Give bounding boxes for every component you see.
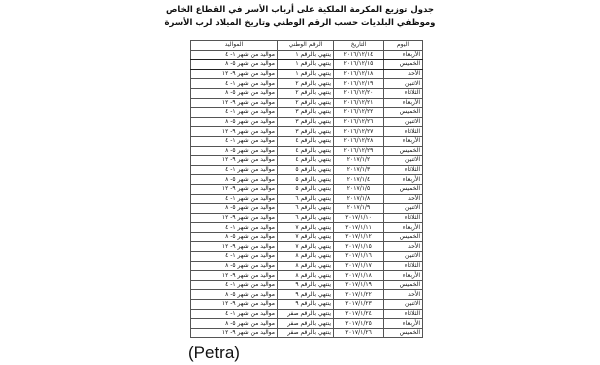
source-credit: (Petra): [188, 343, 240, 363]
births-cell: مواليد من شهر ٩- ١٢: [191, 69, 278, 79]
births-cell: مواليد من شهر ٩- ١٢: [191, 242, 278, 252]
date-cell: ٢٠١٧/١/٤: [334, 175, 384, 185]
title-line-2: وموظفي البلديات حسب الرقم الوطني وتاريخ …: [0, 17, 600, 30]
day-cell: الثلاثاء: [384, 309, 423, 319]
date-cell: ٢٠١٧/١/١٢: [334, 232, 384, 242]
births-cell: مواليد من شهر ١- ٤: [191, 136, 278, 146]
date-cell: ٢٠١٦/١٢/٢٢: [334, 108, 384, 118]
births-cell: مواليد من شهر ١- ٤: [191, 165, 278, 175]
national-number-cell: ينتهي بالرقم ٤: [278, 146, 334, 156]
date-cell: ٢٠١٧/١/١٦: [334, 252, 384, 262]
births-cell: مواليد من شهر ٥- ٨: [191, 319, 278, 329]
date-cell: ٢٠١٧/١/٢٣: [334, 300, 384, 310]
table-row: الاثنين٢٠١٦/١٢/١٩ينتهي بالرقم ٢مواليد من…: [191, 79, 423, 89]
day-cell: الأحد: [384, 242, 423, 252]
day-cell: الاثنين: [384, 117, 423, 127]
births-cell: مواليد من شهر ١- ٤: [191, 223, 278, 233]
national-number-cell: ينتهي بالرقم ٢: [278, 98, 334, 108]
day-cell: الأحد: [384, 69, 423, 79]
table-row: الأربعاء٢٠١٦/١٢/١٤ينتهي بالرقم ١مواليد م…: [191, 50, 423, 60]
date-cell: ٢٠١٧/١/٢٥: [334, 319, 384, 329]
table-row: الثلاثاء٢٠١٧/١/١٠ينتهي بالرقم ٦مواليد من…: [191, 213, 423, 223]
table-row: الأحد٢٠١٧/١/١٥ينتهي بالرقم ٧مواليد من شه…: [191, 242, 423, 252]
national-number-cell: ينتهي بالرقم ٤: [278, 136, 334, 146]
table-row: الثلاثاء٢٠١٧/١/٢٤ينتهي بالرقم صفرمواليد …: [191, 309, 423, 319]
distribution-schedule-table: اليوم التاريخ الرقم الوطني المواليد الأر…: [190, 40, 423, 338]
date-cell: ٢٠١٦/١٢/٢٧: [334, 127, 384, 137]
national-number-cell: ينتهي بالرقم ٢: [278, 88, 334, 98]
births-cell: مواليد من شهر ٩- ١٢: [191, 184, 278, 194]
day-cell: الخميس: [384, 146, 423, 156]
day-cell: الأربعاء: [384, 98, 423, 108]
table-row: الاثنين٢٠١٧/١/٢٣ينتهي بالرقم ٩مواليد من …: [191, 300, 423, 310]
day-cell: الثلاثاء: [384, 213, 423, 223]
national-number-cell: ينتهي بالرقم ٣: [278, 108, 334, 118]
date-cell: ٢٠١٧/١/٣: [334, 165, 384, 175]
births-cell: مواليد من شهر ٩- ١٢: [191, 300, 278, 310]
births-cell: مواليد من شهر ١- ٤: [191, 309, 278, 319]
day-cell: الخميس: [384, 232, 423, 242]
day-cell: الأحد: [384, 194, 423, 204]
table-row: الأحد٢٠١٧/١/٢٢ينتهي بالرقم ٩مواليد من شه…: [191, 290, 423, 300]
births-cell: مواليد من شهر ١- ٤: [191, 252, 278, 262]
date-cell: ٢٠١٧/١/١٧: [334, 261, 384, 271]
births-cell: مواليد من شهر ٩- ١٢: [191, 156, 278, 166]
day-cell: الاثنين: [384, 204, 423, 214]
births-cell: مواليد من شهر ٥- ٨: [191, 261, 278, 271]
date-cell: ٢٠١٧/١/٩: [334, 204, 384, 214]
day-cell: الثلاثاء: [384, 261, 423, 271]
births-cell: مواليد من شهر ١- ٤: [191, 280, 278, 290]
births-cell: مواليد من شهر ٥- ٨: [191, 117, 278, 127]
table-row: الخميس٢٠١٦/١٢/٢٢ينتهي بالرقم ٣مواليد من …: [191, 108, 423, 118]
day-cell: الخميس: [384, 108, 423, 118]
births-cell: مواليد من شهر ١- ٤: [191, 50, 278, 60]
national-number-cell: ينتهي بالرقم ٤: [278, 156, 334, 166]
births-cell: مواليد من شهر ٥- ٨: [191, 175, 278, 185]
national-number-cell: ينتهي بالرقم ٦: [278, 204, 334, 214]
day-cell: الخميس: [384, 280, 423, 290]
national-number-cell: ينتهي بالرقم ٥: [278, 165, 334, 175]
national-number-cell: ينتهي بالرقم ٩: [278, 290, 334, 300]
table-row: الأحد٢٠١٧/١/٨ينتهي بالرقم ٦مواليد من شهر…: [191, 194, 423, 204]
births-cell: مواليد من شهر ١- ٤: [191, 194, 278, 204]
national-number-cell: ينتهي بالرقم ١: [278, 50, 334, 60]
table-row: الأربعاء٢٠١٧/١/١٨ينتهي بالرقم ٨مواليد من…: [191, 271, 423, 281]
births-cell: مواليد من شهر ٩- ١٢: [191, 127, 278, 137]
day-cell: الاثنين: [384, 79, 423, 89]
date-cell: ٢٠١٧/١/١٠: [334, 213, 384, 223]
births-cell: مواليد من شهر ٩- ١٢: [191, 271, 278, 281]
day-cell: الأربعاء: [384, 175, 423, 185]
day-cell: الثلاثاء: [384, 127, 423, 137]
table-row: الأربعاء٢٠١٧/١/٤ينتهي بالرقم ٥مواليد من …: [191, 175, 423, 185]
day-cell: الأربعاء: [384, 50, 423, 60]
date-cell: ٢٠١٧/١/٢٢: [334, 290, 384, 300]
national-number-cell: ينتهي بالرقم ٥: [278, 175, 334, 185]
table-row: الثلاثاء٢٠١٦/١٢/٢٠ينتهي بالرقم ٢مواليد م…: [191, 88, 423, 98]
table-body: الأربعاء٢٠١٦/١٢/١٤ينتهي بالرقم ١مواليد م…: [191, 50, 423, 338]
date-cell: ٢٠١٦/١٢/٢٦: [334, 117, 384, 127]
header-national-number: الرقم الوطني: [278, 41, 334, 51]
day-cell: الثلاثاء: [384, 88, 423, 98]
national-number-cell: ينتهي بالرقم صفر: [278, 328, 334, 338]
table-row: الأربعاء٢٠١٧/١/١١ينتهي بالرقم ٧مواليد من…: [191, 223, 423, 233]
day-cell: الخميس: [384, 60, 423, 70]
table-row: الاثنين٢٠١٦/١٢/٢٦ينتهي بالرقم ٣مواليد من…: [191, 117, 423, 127]
day-cell: الاثنين: [384, 252, 423, 262]
national-number-cell: ينتهي بالرقم ٣: [278, 127, 334, 137]
national-number-cell: ينتهي بالرقم ١: [278, 69, 334, 79]
header-day: اليوم: [384, 41, 423, 51]
national-number-cell: ينتهي بالرقم ٩: [278, 300, 334, 310]
births-cell: مواليد من شهر ٥- ٨: [191, 88, 278, 98]
table-row: الخميس٢٠١٧/١/١٩ينتهي بالرقم ٩مواليد من ش…: [191, 280, 423, 290]
date-cell: ٢٠١٦/١٢/١٩: [334, 79, 384, 89]
table-row: الثلاثاء٢٠١٧/١/٣ينتهي بالرقم ٥مواليد من …: [191, 165, 423, 175]
table-row: الخميس٢٠١٦/١٢/٢٩ينتهي بالرقم ٤مواليد من …: [191, 146, 423, 156]
day-cell: الاثنين: [384, 156, 423, 166]
date-cell: ٢٠١٧/١/٢٤: [334, 309, 384, 319]
table-row: الخميس٢٠١٧/١/٢٦ينتهي بالرقم صفرمواليد من…: [191, 328, 423, 338]
title-line-1: جدول توزيع المكرمة الملكية على أرباب الأ…: [0, 4, 600, 17]
national-number-cell: ينتهي بالرقم ٨: [278, 252, 334, 262]
date-cell: ٢٠١٦/١٢/٢٠: [334, 88, 384, 98]
date-cell: ٢٠١٧/١/١٥: [334, 242, 384, 252]
table-row: الاثنين٢٠١٧/١/٩ينتهي بالرقم ٦مواليد من ش…: [191, 204, 423, 214]
day-cell: الأربعاء: [384, 319, 423, 329]
header-births: المواليد: [191, 41, 278, 51]
national-number-cell: ينتهي بالرقم ٧: [278, 232, 334, 242]
date-cell: ٢٠١٧/١/٨: [334, 194, 384, 204]
national-number-cell: ينتهي بالرقم صفر: [278, 309, 334, 319]
date-cell: ٢٠١٦/١٢/١٥: [334, 60, 384, 70]
national-number-cell: ينتهي بالرقم ١: [278, 60, 334, 70]
document-title: جدول توزيع المكرمة الملكية على أرباب الأ…: [0, 4, 600, 30]
table-header-row: اليوم التاريخ الرقم الوطني المواليد: [191, 41, 423, 51]
table-row: الأربعاء٢٠١٦/١٢/٢١ينتهي بالرقم ٢مواليد م…: [191, 98, 423, 108]
date-cell: ٢٠١٦/١٢/٢٩: [334, 146, 384, 156]
table-row: الثلاثاء٢٠١٦/١٢/٢٧ينتهي بالرقم ٣مواليد م…: [191, 127, 423, 137]
national-number-cell: ينتهي بالرقم ٣: [278, 117, 334, 127]
national-number-cell: ينتهي بالرقم ٥: [278, 184, 334, 194]
date-cell: ٢٠١٦/١٢/١٨: [334, 69, 384, 79]
national-number-cell: ينتهي بالرقم ٦: [278, 213, 334, 223]
day-cell: الاثنين: [384, 300, 423, 310]
day-cell: الأربعاء: [384, 271, 423, 281]
table-row: الخميس٢٠١٧/١/١٢ينتهي بالرقم ٧مواليد من ش…: [191, 232, 423, 242]
day-cell: الأحد: [384, 290, 423, 300]
table-row: الخميس٢٠١٧/١/٥ينتهي بالرقم ٥مواليد من شه…: [191, 184, 423, 194]
table-row: الخميس٢٠١٦/١٢/١٥ينتهي بالرقم ١مواليد من …: [191, 60, 423, 70]
national-number-cell: ينتهي بالرقم ٨: [278, 271, 334, 281]
date-cell: ٢٠١٦/١٢/٢١: [334, 98, 384, 108]
national-number-cell: ينتهي بالرقم ٧: [278, 223, 334, 233]
national-number-cell: ينتهي بالرقم ٩: [278, 280, 334, 290]
national-number-cell: ينتهي بالرقم ٦: [278, 194, 334, 204]
day-cell: الأربعاء: [384, 223, 423, 233]
header-date: التاريخ: [334, 41, 384, 51]
births-cell: مواليد من شهر ٥- ٨: [191, 204, 278, 214]
day-cell: الخميس: [384, 184, 423, 194]
national-number-cell: ينتهي بالرقم ٢: [278, 79, 334, 89]
births-cell: مواليد من شهر ٥- ٨: [191, 146, 278, 156]
births-cell: مواليد من شهر ٩- ١٢: [191, 213, 278, 223]
births-cell: مواليد من شهر ٥- ٨: [191, 60, 278, 70]
date-cell: ٢٠١٧/١/٢: [334, 156, 384, 166]
table-row: الاثنين٢٠١٧/١/١٦ينتهي بالرقم ٨مواليد من …: [191, 252, 423, 262]
national-number-cell: ينتهي بالرقم صفر: [278, 319, 334, 329]
table-row: الثلاثاء٢٠١٧/١/١٧ينتهي بالرقم ٨مواليد من…: [191, 261, 423, 271]
births-cell: مواليد من شهر ٥- ٨: [191, 290, 278, 300]
date-cell: ٢٠١٧/١/١٩: [334, 280, 384, 290]
table-row: الأحد٢٠١٦/١٢/١٨ينتهي بالرقم ١مواليد من ش…: [191, 69, 423, 79]
births-cell: مواليد من شهر ٩- ١٢: [191, 98, 278, 108]
births-cell: مواليد من شهر ٥- ٨: [191, 232, 278, 242]
national-number-cell: ينتهي بالرقم ٧: [278, 242, 334, 252]
date-cell: ٢٠١٧/١/٢٦: [334, 328, 384, 338]
births-cell: مواليد من شهر ١- ٤: [191, 108, 278, 118]
day-cell: الخميس: [384, 328, 423, 338]
births-cell: مواليد من شهر ٩- ١٢: [191, 328, 278, 338]
births-cell: مواليد من شهر ١- ٤: [191, 79, 278, 89]
date-cell: ٢٠١٧/١/١٨: [334, 271, 384, 281]
day-cell: الأربعاء: [384, 136, 423, 146]
date-cell: ٢٠١٧/١/٥: [334, 184, 384, 194]
day-cell: الثلاثاء: [384, 165, 423, 175]
table-row: الأربعاء٢٠١٦/١٢/٢٨ينتهي بالرقم ٤مواليد م…: [191, 136, 423, 146]
table-row: الأربعاء٢٠١٧/١/٢٥ينتهي بالرقم صفرمواليد …: [191, 319, 423, 329]
date-cell: ٢٠١٧/١/١١: [334, 223, 384, 233]
national-number-cell: ينتهي بالرقم ٨: [278, 261, 334, 271]
table-row: الاثنين٢٠١٧/١/٢ينتهي بالرقم ٤مواليد من ش…: [191, 156, 423, 166]
date-cell: ٢٠١٦/١٢/٢٨: [334, 136, 384, 146]
date-cell: ٢٠١٦/١٢/١٤: [334, 50, 384, 60]
